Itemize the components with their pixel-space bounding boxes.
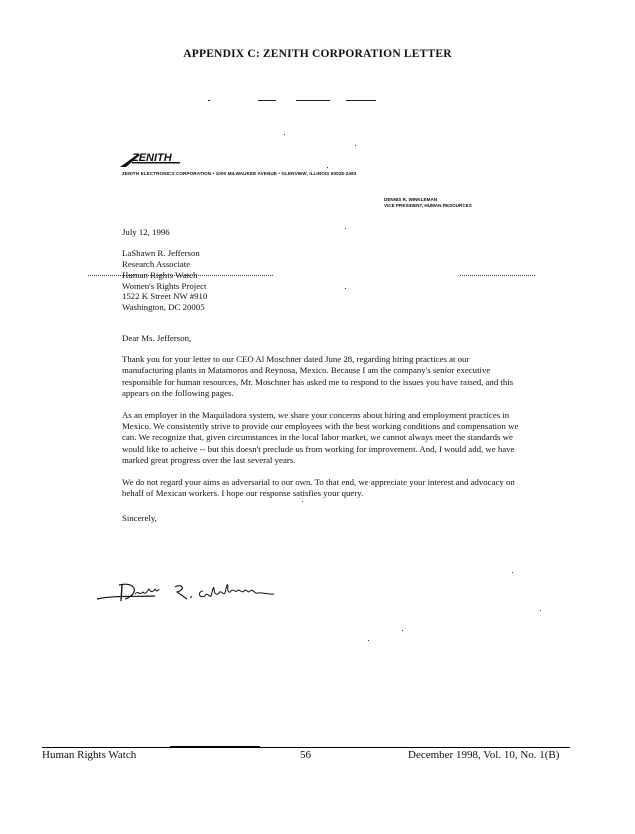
signer-title: VICE PRESIDENT, HUMAN RESOURCES — [384, 203, 472, 209]
zenith-logo-icon: ZENITH — [118, 148, 186, 168]
scan-speck — [284, 134, 285, 135]
recipient-title: Research Associate — [122, 259, 522, 270]
signature-icon — [95, 577, 295, 607]
paragraph: Thank you for your letter to our CEO Al … — [122, 354, 522, 399]
recipient-name: LaShawn R. Jefferson — [122, 248, 522, 259]
salutation: Dear Ms. Jefferson, — [122, 333, 522, 344]
scan-speck — [512, 572, 513, 573]
scan-speck — [327, 167, 328, 168]
recipient-city: Washington, DC 20005 — [122, 302, 522, 313]
closing: Sincerely, — [122, 513, 522, 524]
scan-artifact — [296, 100, 330, 101]
scan-artifact — [258, 100, 276, 101]
recipient-dept: Women's Rights Project — [122, 281, 522, 292]
appendix-title: APPENDIX C: ZENITH CORPORATION LETTER — [0, 48, 635, 60]
scan-speck — [345, 228, 346, 229]
footer-rule-thick — [170, 746, 260, 748]
footer-rule — [42, 747, 570, 748]
footer-issue: December 1998, Vol. 10, No. 1(B) — [408, 749, 559, 761]
recipient-address: LaShawn R. Jefferson Research Associate … — [122, 248, 522, 313]
recipient-street: 1522 K Street NW #910 — [122, 291, 522, 302]
scan-artifact — [208, 100, 210, 101]
letter-date: July 12, 1996 — [122, 227, 522, 238]
paragraph: We do not regard your aims as adversaria… — [122, 477, 522, 499]
scan-speck — [402, 630, 403, 631]
signer-block: DENNIS R. WINKLEMAN VICE PRESIDENT, HUMA… — [384, 197, 472, 209]
footer-publisher: Human Rights Watch — [42, 749, 136, 761]
scan-speck — [368, 640, 369, 641]
corporation-address-line: ZENITH ELECTRONICS CORPORATION • 1000 MI… — [122, 171, 356, 176]
document-page: APPENDIX C: ZENITH CORPORATION LETTER ZE… — [0, 0, 635, 834]
scan-speck — [540, 610, 541, 611]
scan-speck — [355, 145, 356, 146]
recipient-org: Human Rights Watch — [122, 270, 522, 281]
paragraph: As an employer in the Maquiladora system… — [122, 410, 522, 466]
footer-page-number: 56 — [300, 749, 311, 761]
letter-body: July 12, 1996 LaShawn R. Jefferson Resea… — [122, 227, 522, 525]
scan-artifact — [346, 100, 376, 101]
scan-speck — [302, 501, 303, 502]
scan-speck — [345, 288, 346, 289]
